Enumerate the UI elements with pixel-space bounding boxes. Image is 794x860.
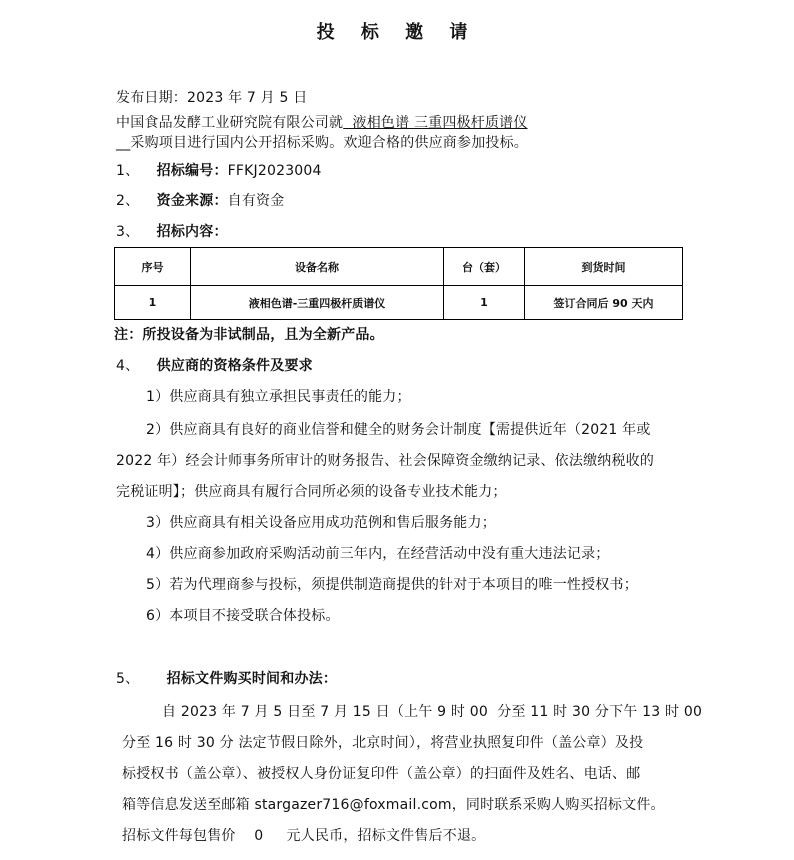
header-equipment-name: 设备名称 (191, 248, 444, 286)
requirement-1: 1）供应商具有独立承担民事责任的能力； (146, 387, 411, 407)
section-label: 招标编号： (157, 163, 228, 179)
purchase-line-1: 自 2023 年 7 月 5 日至 7 月 15 日（上午 9 时 00 分至 … (162, 702, 702, 722)
intro-line-1: 中国食品发酵工业研究院有限公司就 液相色谱 三重四极杆质谱仪 (116, 113, 528, 133)
requirement-3: 3）供应商具有相关设备应用成功范例和售后服务能力； (146, 513, 496, 533)
section-2: 2、 资金来源：自有资金 (116, 191, 284, 211)
header-delivery-time: 到货时间 (525, 248, 683, 286)
purchase-line-2: 分至 16 时 30 分 法定节假日除外，北京时间），将营业执照复印件（盖公章）… (122, 733, 643, 753)
table-row: 1 液相色谱-三重四极杆质谱仪 1 签订合同后 90 天内 (115, 286, 683, 320)
section-number: 3、 (116, 222, 152, 242)
section-4-heading: 4、 供应商的资格条件及要求 (116, 356, 313, 376)
section-number: 2、 (116, 191, 152, 211)
requirement-2-cont: 完税证明】；供应商具有履行合同所必须的设备专业技术能力； (116, 482, 507, 502)
section-label: 招标文件购买时间和办法： (167, 671, 337, 687)
requirement-2-cont: 2022 年）经会计师事务所审计的财务报告、社会保障资金缴纳记录、依法缴纳税收的 (116, 451, 654, 471)
requirement-2: 2）供应商具有良好的商业信誉和健全的财务会计制度【需提供近年（2021 年或 (146, 420, 651, 440)
purchase-line-5: 招标文件每包售价 0 元人民币，招标文件售后不退。 (122, 826, 485, 846)
table-header-row: 序号 设备名称 台（套） 到货时间 (115, 248, 683, 286)
intro-text: 采购项目进行国内公开招标采购。欢迎合格的供应商参加投标。 (130, 135, 528, 151)
purchase-line-3: 标授权书（盖公章）、被授权人身份证复印件（盖公章）的扫面件及姓名、电话、邮 (122, 764, 640, 784)
cell-quantity: 1 (444, 286, 525, 320)
section-number: 5、 (116, 669, 162, 689)
tender-number: FFKJ2023004 (228, 163, 322, 179)
section-number: 1、 (116, 161, 152, 181)
section-5-heading: 5、 招标文件购买时间和办法： (116, 669, 337, 689)
project-name: 液相色谱 三重四极杆质谱仪 (343, 115, 527, 131)
section-number: 4、 (116, 356, 152, 376)
cell-equipment-name: 液相色谱-三重四极杆质谱仪 (191, 286, 444, 320)
cell-index: 1 (115, 286, 191, 320)
section-1: 1、 招标编号：FFKJ2023004 (116, 161, 322, 181)
intro-line-2: __采购项目进行国内公开招标采购。欢迎合格的供应商参加投标。 (116, 133, 528, 153)
publish-date: 发布日期：2023 年 7 月 5 日 (116, 88, 308, 108)
header-quantity: 台（套） (444, 248, 525, 286)
equipment-table: 序号 设备名称 台（套） 到货时间 1 液相色谱-三重四极杆质谱仪 1 签订合同… (114, 247, 683, 320)
fund-source: 自有资金 (228, 193, 285, 209)
intro-blank: __ (116, 135, 130, 151)
requirement-5: 5）若为代理商参与投标，须提供制造商提供的针对于本项目的唯一性授权书； (146, 575, 638, 595)
section-label: 招标内容： (157, 224, 228, 240)
header-index: 序号 (115, 248, 191, 286)
section-label: 供应商的资格条件及要求 (157, 358, 313, 374)
requirement-6: 6）本项目不接受联合体投标。 (146, 606, 340, 626)
requirement-4: 4）供应商参加政府采购活动前三年内，在经营活动中没有重大违法记录； (146, 544, 610, 564)
section-label: 资金来源： (157, 193, 228, 209)
note: 注：所投设备为非试制品，且为全新产品。 (114, 325, 384, 345)
purchase-line-4: 箱等信息发送至邮箱 stargazer716@foxmail.com，同时联系采… (122, 795, 665, 815)
page-title: 投 标 邀 请 (0, 18, 794, 44)
intro-prefix: 中国食品发酵工业研究院有限公司就 (116, 115, 343, 131)
cell-delivery-time: 签订合同后 90 天内 (525, 286, 683, 320)
section-3: 3、 招标内容： (116, 222, 228, 242)
